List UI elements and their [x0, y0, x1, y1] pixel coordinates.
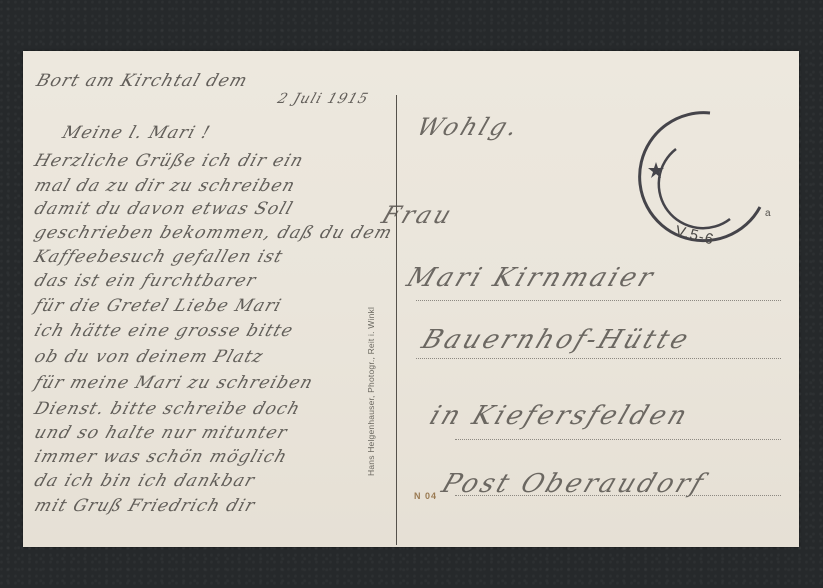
message-line: damit du davon etwas Soll	[32, 199, 296, 219]
message-line: immer was schön möglich	[32, 447, 291, 467]
address-dotted-line	[455, 439, 781, 440]
message-salutation: Meine l. Mari !	[60, 123, 213, 143]
message-line: Dienst. bitte schreibe doch	[32, 399, 304, 419]
address-dotted-line	[416, 300, 781, 301]
message-line: mal da zu dir zu schreiben	[32, 176, 298, 196]
postmark-mark: a	[765, 208, 771, 219]
message-line: Herzliche Grüße ich dir ein	[32, 151, 307, 171]
message-date: 2 Juli 1915	[275, 91, 370, 107]
address-honorific: Wohlg.	[413, 113, 525, 141]
message-line: und so halte nur mitunter	[32, 423, 291, 443]
message-line: geschrieben bekommen, daß du dem	[32, 223, 396, 243]
message-line: Kaffeebesuch gefallen ist	[32, 247, 286, 267]
publisher-imprint: Hans Helgenhauser, Photogr., Reit i. Win…	[366, 307, 376, 476]
message-line: ob du von deinem Platz	[32, 347, 267, 367]
address-name: Mari Kirnmaier	[403, 263, 660, 293]
message-line: da ich bin ich dankbar	[32, 471, 258, 491]
address-title: Frau	[378, 201, 458, 229]
address-dotted-line	[416, 358, 781, 359]
postmark-icon	[630, 107, 768, 245]
address-city: in Kiefersfelden	[426, 401, 694, 431]
message-line: das ist ein furchtbarer	[32, 271, 259, 291]
message-line: für meine Mari zu schreiben	[32, 373, 316, 393]
postcard: Bort am Kirchtal dem 2 Juli 1915 Meine l…	[23, 51, 799, 547]
serial-number: N 04	[414, 491, 437, 501]
message-line: für die Gretel Liebe Mari	[32, 296, 285, 316]
message-line: ich hätte eine grosse bitte	[32, 321, 297, 341]
address-street: Bauernhof-Hütte	[418, 325, 695, 355]
center-divider	[396, 95, 397, 545]
message-line: mit Gruß Friedrich dir	[32, 496, 258, 516]
address-dotted-line	[455, 495, 781, 496]
message-line: Bort am Kirchtal dem	[34, 71, 251, 91]
